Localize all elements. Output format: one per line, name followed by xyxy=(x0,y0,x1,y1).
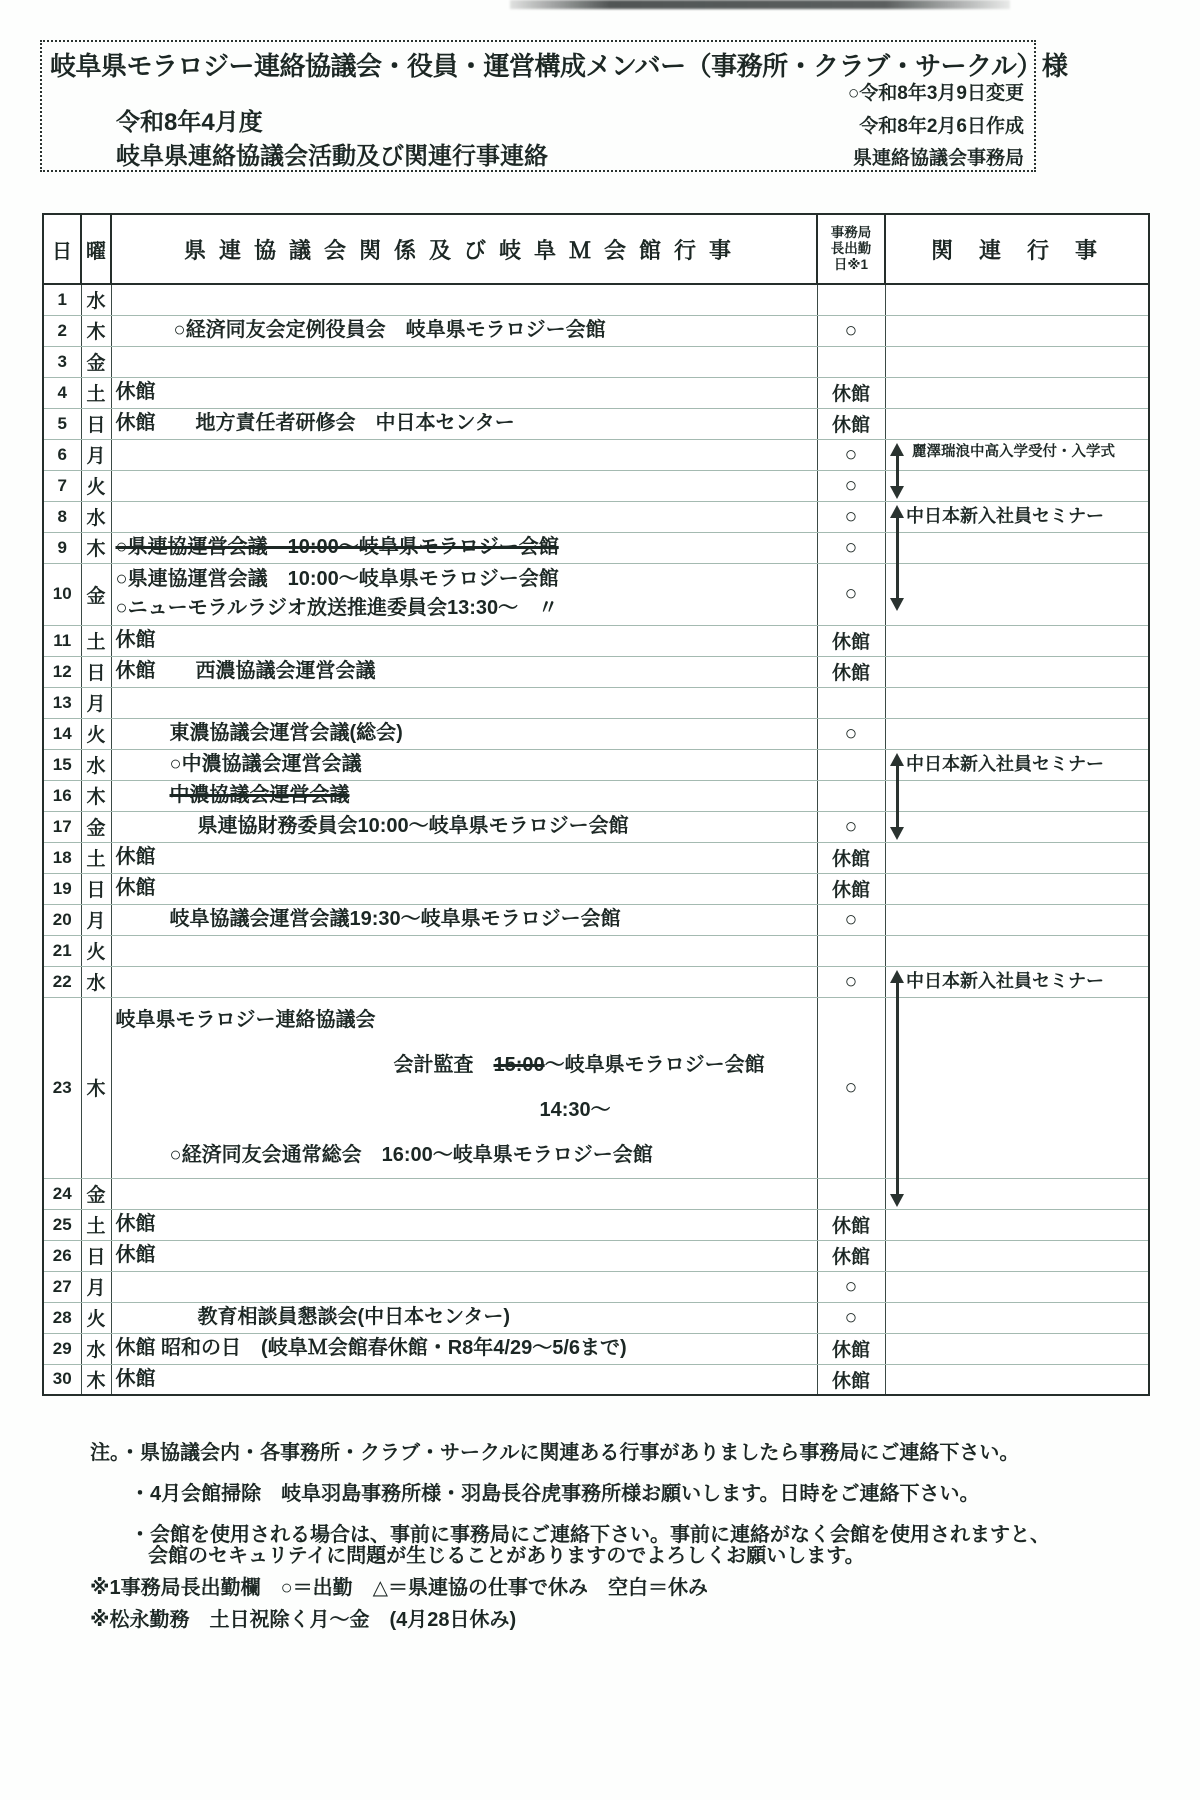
related-events-cell xyxy=(885,625,1149,656)
day-cell: 26 xyxy=(43,1240,81,1271)
weekday-cell: 水 xyxy=(81,284,111,315)
related-events-cell xyxy=(885,842,1149,873)
event-text: ○ニューモラルラジオ放送推進委員会13:30～ 〃 xyxy=(116,597,559,619)
related-events-cell xyxy=(885,1271,1149,1302)
events-cell xyxy=(111,501,817,532)
event-line: 会計監査 15:00～岐阜県モラロジー会館 xyxy=(112,1043,817,1088)
attendance-circle: ○ xyxy=(845,443,858,466)
col-header-attendance-line: 長出勤 xyxy=(818,241,884,257)
related-events-cell xyxy=(885,470,1149,501)
event-line: 教育相談員懇談会(中日本センター) xyxy=(112,1303,817,1332)
related-events-cell xyxy=(885,687,1149,718)
related-events-cell xyxy=(885,749,1149,780)
events-cell: 岐阜県モラロジー連絡協議会会計監査 15:00～岐阜県モラロジー会館14:30～… xyxy=(111,997,817,1178)
day-cell: 20 xyxy=(43,904,81,935)
day-cell: 28 xyxy=(43,1302,81,1333)
events-cell xyxy=(111,966,817,997)
day-cell: 29 xyxy=(43,1333,81,1364)
table-row: 2木○経済同友会定例役員会 岐阜県モラロジー会館○ xyxy=(43,315,1149,346)
day-cell: 17 xyxy=(43,811,81,842)
related-events-cell xyxy=(885,966,1149,997)
weekday-cell: 月 xyxy=(81,1271,111,1302)
events-cell xyxy=(111,346,817,377)
attendance-circle: ○ xyxy=(845,1076,858,1099)
table-row: 9木○県連協運営会議 10:00～岐阜県モラロジー会館○ xyxy=(43,532,1149,563)
event-text: ○県連協運営会議 10:00～岐阜県モラロジー会館 xyxy=(116,568,559,590)
attendance-cell: ○ xyxy=(817,532,885,563)
day-cell: 27 xyxy=(43,1271,81,1302)
table-row: 13月 xyxy=(43,687,1149,718)
related-events-cell xyxy=(885,656,1149,687)
attendance-circle: ○ xyxy=(845,319,858,342)
day-cell: 2 xyxy=(43,315,81,346)
attendance-circle: ○ xyxy=(845,505,858,528)
attendance-circle: ○ xyxy=(845,970,858,993)
day-cell: 24 xyxy=(43,1178,81,1209)
day-cell: 3 xyxy=(43,346,81,377)
day-cell: 19 xyxy=(43,873,81,904)
attendance-cell xyxy=(817,780,885,811)
col-header-day: 日 xyxy=(43,214,81,284)
attendance-cell xyxy=(817,687,885,718)
event-text: 14:30～ xyxy=(540,1099,611,1121)
attendance-cell: 休館 xyxy=(817,873,885,904)
table-row: 18土休館休館 xyxy=(43,842,1149,873)
attendance-cell: ○ xyxy=(817,1271,885,1302)
table-row: 26日休館休館 xyxy=(43,1240,1149,1271)
event-text: ○経済同友会通常総会 16:00～岐阜県モラロジー会館 xyxy=(170,1144,653,1166)
attendance-cell: 休館 xyxy=(817,1333,885,1364)
attendance-cell: ○ xyxy=(817,811,885,842)
events-cell: 県連協財務委員会10:00～岐阜県モラロジー会館 xyxy=(111,811,817,842)
issuer: 県連絡協議会事務局 xyxy=(853,143,1024,170)
events-cell xyxy=(111,935,817,966)
col-header-attendance-line: 日※1 xyxy=(818,257,884,273)
weekday-cell: 水 xyxy=(81,749,111,780)
attendance-circle: ○ xyxy=(845,582,858,605)
events-cell: 中濃協議会運営会議 xyxy=(111,780,817,811)
events-cell xyxy=(111,284,817,315)
day-cell: 6 xyxy=(43,439,81,470)
day-cell: 15 xyxy=(43,749,81,780)
event-line: ○ニューモラルラジオ放送推進委員会13:30～ 〃 xyxy=(112,594,817,623)
events-cell: 休館 xyxy=(111,625,817,656)
event-line: 休館 昭和の日 (岐阜Ｍ会館春休館・R8年4/29～5/6まで) xyxy=(112,1334,817,1363)
event-text: ○経済同友会定例役員会 岐阜県モラロジー会館 xyxy=(174,319,606,341)
table-row: 27月○ xyxy=(43,1271,1149,1302)
events-cell: 休館 西濃協議会運営会議 xyxy=(111,656,817,687)
col-header-attendance-line: 事務局 xyxy=(818,225,884,241)
event-text: 県連協財務委員会10:00～岐阜県モラロジー会館 xyxy=(198,815,629,837)
table-row: 7火○ xyxy=(43,470,1149,501)
day-cell: 14 xyxy=(43,718,81,749)
event-line: 休館 xyxy=(112,378,817,407)
col-header-events: 県連協議会関係及び岐阜Ｍ会館行事 xyxy=(111,214,817,284)
weekday-cell: 金 xyxy=(81,811,111,842)
attendance-cell: ○ xyxy=(817,966,885,997)
day-cell: 11 xyxy=(43,625,81,656)
events-cell: 岐阜協議会運営会議19:30～岐阜県モラロジー会館 xyxy=(111,904,817,935)
scanned-schedule-page: 岐阜県モラロジー連絡協議会・役員・運営構成メンバー（事務所・クラブ・サークル）様… xyxy=(0,0,1200,1800)
related-events-cell xyxy=(885,1364,1149,1395)
events-cell: 休館 昭和の日 (岐阜Ｍ会館春休館・R8年4/29～5/6まで) xyxy=(111,1333,817,1364)
related-events-cell xyxy=(885,501,1149,532)
table-row: 14火東濃協議会運営会議(総会)○ xyxy=(43,718,1149,749)
related-events-cell xyxy=(885,532,1149,563)
weekday-cell: 月 xyxy=(81,439,111,470)
related-events-cell xyxy=(885,1240,1149,1271)
day-cell: 18 xyxy=(43,842,81,873)
event-line: 岐阜県モラロジー連絡協議会 xyxy=(112,998,817,1043)
attendance-circle: ○ xyxy=(845,474,858,497)
event-text: 教育相談員懇談会(中日本センター) xyxy=(198,1306,511,1328)
table-row: 10金○県連協運営会議 10:00～岐阜県モラロジー会館○ニューモラルラジオ放送… xyxy=(43,563,1149,625)
day-cell: 21 xyxy=(43,935,81,966)
table-row: 21火 xyxy=(43,935,1149,966)
attendance-cell: 休館 xyxy=(817,1364,885,1395)
attendance-circle: ○ xyxy=(845,815,858,838)
weekday-cell: 日 xyxy=(81,1240,111,1271)
related-events-cell xyxy=(885,1333,1149,1364)
document-subtitle: 岐阜県連絡協議会活動及び関連行事連絡 xyxy=(116,136,548,171)
attendance-cell: ○ xyxy=(817,904,885,935)
event-text: 岐阜県モラロジー連絡協議会 xyxy=(116,1009,376,1031)
related-events-cell xyxy=(885,439,1149,470)
event-text: 休館 xyxy=(116,877,156,899)
table-row: 24金 xyxy=(43,1178,1149,1209)
table-row: 3金 xyxy=(43,346,1149,377)
day-cell: 7 xyxy=(43,470,81,501)
event-text: 休館 xyxy=(116,1213,156,1235)
attendance-circle: ○ xyxy=(845,908,858,931)
event-text: 休館 昭和の日 (岐阜Ｍ会館春休館・R8年4/29～5/6まで) xyxy=(116,1337,627,1359)
event-line: 中濃協議会運営会議 xyxy=(112,781,817,810)
weekday-cell: 金 xyxy=(81,1178,111,1209)
table-row: 30木休館休館 xyxy=(43,1364,1149,1395)
attendance-cell xyxy=(817,284,885,315)
event-line: 休館 地方責任者研修会 中日本センター xyxy=(112,409,817,438)
event-line: 東濃協議会運営会議(総会) xyxy=(112,719,817,748)
attendance-cell: 休館 xyxy=(817,377,885,408)
weekday-cell: 土 xyxy=(81,842,111,873)
events-cell xyxy=(111,470,817,501)
events-cell: 休館 地方責任者研修会 中日本センター xyxy=(111,408,817,439)
table-row: 5日休館 地方責任者研修会 中日本センター休館 xyxy=(43,408,1149,439)
event-text: 岐阜協議会運営会議19:30～岐阜県モラロジー会館 xyxy=(170,908,621,930)
day-cell: 1 xyxy=(43,284,81,315)
weekday-cell: 水 xyxy=(81,1333,111,1364)
event-line: 岐阜協議会運営会議19:30～岐阜県モラロジー会館 xyxy=(112,905,817,934)
events-cell: ○県連協運営会議 10:00～岐阜県モラロジー会館○ニューモラルラジオ放送推進委… xyxy=(111,563,817,625)
day-cell: 9 xyxy=(43,532,81,563)
event-line: 休館 xyxy=(112,1241,817,1270)
table-header-row: 日 曜 県連協議会関係及び岐阜Ｍ会館行事 事務局長出勤日※1 関連行事 xyxy=(43,214,1149,284)
events-cell: 教育相談員懇談会(中日本センター) xyxy=(111,1302,817,1333)
event-text: 東濃協議会運営会議(総会) xyxy=(170,722,403,744)
day-cell: 13 xyxy=(43,687,81,718)
related-events-cell xyxy=(885,904,1149,935)
weekday-cell: 水 xyxy=(81,501,111,532)
attendance-cell: ○ xyxy=(817,501,885,532)
events-cell: ○県連協運営会議 10:00～岐阜県モラロジー会館 xyxy=(111,532,817,563)
event-line: 県連協財務委員会10:00～岐阜県モラロジー会館 xyxy=(112,812,817,841)
attendance-cell: 休館 xyxy=(817,842,885,873)
table-row: 16木中濃協議会運営会議 xyxy=(43,780,1149,811)
event-text: 休館 xyxy=(116,846,156,868)
weekday-cell: 月 xyxy=(81,687,111,718)
related-events-cell xyxy=(885,873,1149,904)
table-row: 25土休館休館 xyxy=(43,1209,1149,1240)
events-cell: 休館 xyxy=(111,1364,817,1395)
event-line: ○経済同友会通常総会 16:00～岐阜県モラロジー会館 xyxy=(112,1133,817,1178)
event-line: 休館 xyxy=(112,1365,817,1394)
events-cell xyxy=(111,687,817,718)
event-text: 休館 xyxy=(116,1368,156,1390)
weekday-cell: 日 xyxy=(81,656,111,687)
day-cell: 5 xyxy=(43,408,81,439)
related-events-cell xyxy=(885,377,1149,408)
event-text: 休館 西濃協議会運営会議 xyxy=(116,660,376,682)
events-cell: 休館 xyxy=(111,1240,817,1271)
weekday-cell: 木 xyxy=(81,315,111,346)
attendance-cell: 休館 xyxy=(817,625,885,656)
related-events-cell xyxy=(885,780,1149,811)
event-text-struck: 中濃協議会運営会議 xyxy=(170,784,350,806)
related-events-cell xyxy=(885,935,1149,966)
attendance-cell: 休館 xyxy=(817,408,885,439)
events-cell: 休館 xyxy=(111,842,817,873)
related-events-cell xyxy=(885,284,1149,315)
weekday-cell: 水 xyxy=(81,966,111,997)
weekday-cell: 土 xyxy=(81,1209,111,1240)
day-cell: 30 xyxy=(43,1364,81,1395)
attendance-cell: 休館 xyxy=(817,1240,885,1271)
table-row: 19日休館休館 xyxy=(43,873,1149,904)
attendance-cell: ○ xyxy=(817,563,885,625)
related-events-cell xyxy=(885,408,1149,439)
event-text: 休館 xyxy=(116,629,156,651)
weekday-cell: 火 xyxy=(81,718,111,749)
header-box: 岐阜県モラロジー連絡協議会・役員・運営構成メンバー（事務所・クラブ・サークル）様… xyxy=(40,40,1036,172)
attendance-cell: ○ xyxy=(817,315,885,346)
note-line: ・4月会館掃除 岐阜羽島事務所様・羽島長谷虎事務所様お願いします。日時をご連絡下… xyxy=(44,1479,1164,1509)
event-text: 休館 地方責任者研修会 中日本センター xyxy=(116,412,515,434)
day-cell: 8 xyxy=(43,501,81,532)
table-row: 17金県連協財務委員会10:00～岐阜県モラロジー会館○ xyxy=(43,811,1149,842)
events-cell: 東濃協議会運営会議(総会) xyxy=(111,718,817,749)
note-line: ※松永勤務 土日祝除く月～金 (4月28日休み) xyxy=(44,1605,1164,1635)
event-line: 休館 西濃協議会運営会議 xyxy=(112,657,817,686)
weekday-cell: 土 xyxy=(81,377,111,408)
events-cell: ○経済同友会定例役員会 岐阜県モラロジー会館 xyxy=(111,315,817,346)
table-row: 1水 xyxy=(43,284,1149,315)
day-cell: 16 xyxy=(43,780,81,811)
weekday-cell: 月 xyxy=(81,904,111,935)
table-row: 8水○ xyxy=(43,501,1149,532)
related-events-cell xyxy=(885,718,1149,749)
weekday-cell: 日 xyxy=(81,873,111,904)
scan-artifact xyxy=(510,0,1010,9)
col-header-related: 関連行事 xyxy=(885,214,1149,284)
weekday-cell: 金 xyxy=(81,346,111,377)
event-line: ○県連協運営会議 10:00～岐阜県モラロジー会館 xyxy=(112,533,817,562)
event-text-struck: 15:00 xyxy=(494,1054,545,1076)
note-line: ※1事務局長出勤欄 ○＝出勤 △＝県連協の仕事で休み 空白＝休み xyxy=(44,1573,1164,1603)
table-row: 28火教育相談員懇談会(中日本センター)○ xyxy=(43,1302,1149,1333)
event-line: ○経済同友会定例役員会 岐阜県モラロジー会館 xyxy=(112,316,817,345)
weekday-cell: 火 xyxy=(81,470,111,501)
attendance-cell: ○ xyxy=(817,439,885,470)
weekday-cell: 木 xyxy=(81,997,111,1178)
day-cell: 12 xyxy=(43,656,81,687)
weekday-cell: 木 xyxy=(81,532,111,563)
attendance-circle: ○ xyxy=(845,1306,858,1329)
related-events-cell xyxy=(885,997,1149,1178)
attendance-cell: 休館 xyxy=(817,1209,885,1240)
related-events-cell xyxy=(885,315,1149,346)
event-line: 休館 xyxy=(112,874,817,903)
weekday-cell: 金 xyxy=(81,563,111,625)
day-cell: 22 xyxy=(43,966,81,997)
table-row: 22水○ xyxy=(43,966,1149,997)
attendance-cell: ○ xyxy=(817,470,885,501)
weekday-cell: 火 xyxy=(81,1302,111,1333)
event-line: ○県連協運営会議 10:00～岐阜県モラロジー会館 xyxy=(112,565,817,594)
weekday-cell: 日 xyxy=(81,408,111,439)
related-events-cell xyxy=(885,346,1149,377)
attendance-cell: ○ xyxy=(817,1302,885,1333)
event-line: 休館 xyxy=(112,626,817,655)
table-row: 4土休館休館 xyxy=(43,377,1149,408)
table-row: 15水○中濃協議会運営会議 xyxy=(43,749,1149,780)
table-row: 11土休館休館 xyxy=(43,625,1149,656)
note-line: 注。・県協議会内・各事務所・クラブ・サークルに関連ある行事がありましたら事務局に… xyxy=(44,1438,1164,1468)
col-header-attendance: 事務局長出勤日※1 xyxy=(817,214,885,284)
event-line: ○中濃協議会運営会議 xyxy=(112,750,817,779)
related-events-cell xyxy=(885,563,1149,625)
table-row: 29水休館 昭和の日 (岐阜Ｍ会館春休館・R8年4/29～5/6まで)休館 xyxy=(43,1333,1149,1364)
table-row: 6月○ xyxy=(43,439,1149,470)
events-cell: ○中濃協議会運営会議 xyxy=(111,749,817,780)
related-events-cell xyxy=(885,1209,1149,1240)
event-line: 休館 xyxy=(112,843,817,872)
attendance-cell: ○ xyxy=(817,718,885,749)
attendance-cell xyxy=(817,346,885,377)
day-cell: 25 xyxy=(43,1209,81,1240)
event-text: 休館 xyxy=(116,1244,156,1266)
weekday-cell: 木 xyxy=(81,780,111,811)
footer-notes: 注。・県協議会内・各事務所・クラブ・サークルに関連ある行事がありましたら事務局に… xyxy=(44,1438,1164,1637)
weekday-cell: 土 xyxy=(81,625,111,656)
attendance-cell xyxy=(817,1178,885,1209)
attendance-circle: ○ xyxy=(845,1275,858,1298)
attendance-cell: ○ xyxy=(817,997,885,1178)
weekday-cell: 火 xyxy=(81,935,111,966)
related-events-cell xyxy=(885,1302,1149,1333)
events-cell xyxy=(111,1178,817,1209)
table-row: 20月岐阜協議会運営会議19:30～岐阜県モラロジー会館○ xyxy=(43,904,1149,935)
revision-date: ○令和8年3月9日変更 xyxy=(848,78,1024,105)
attendance-circle: ○ xyxy=(845,536,858,559)
event-text: 休館 xyxy=(116,381,156,403)
related-events-cell xyxy=(885,1178,1149,1209)
events-cell: 休館 xyxy=(111,377,817,408)
related-events-cell xyxy=(885,811,1149,842)
attendance-cell xyxy=(817,749,885,780)
day-cell: 23 xyxy=(43,997,81,1178)
events-cell: 休館 xyxy=(111,873,817,904)
events-cell xyxy=(111,1271,817,1302)
table-row: 12日休館 西濃協議会運営会議休館 xyxy=(43,656,1149,687)
events-cell xyxy=(111,439,817,470)
day-cell: 4 xyxy=(43,377,81,408)
event-line: 14:30～ xyxy=(112,1088,817,1133)
schedule-table: 日 曜 県連協議会関係及び岐阜Ｍ会館行事 事務局長出勤日※1 関連行事 1水2木… xyxy=(42,213,1150,1396)
event-text-struck: ○県連協運営会議 10:00～岐阜県モラロジー会館 xyxy=(116,536,559,558)
col-header-weekday: 曜 xyxy=(81,214,111,284)
schedule-table-wrap: 日 曜 県連協議会関係及び岐阜Ｍ会館行事 事務局長出勤日※1 関連行事 1水2木… xyxy=(42,213,1150,1396)
attendance-cell xyxy=(817,935,885,966)
event-text: ～岐阜県モラロジー会館 xyxy=(545,1054,765,1076)
day-cell: 10 xyxy=(43,563,81,625)
period-label: 令和8年4月度 xyxy=(116,102,263,137)
creation-date: 令和8年2月6日作成 xyxy=(859,111,1024,138)
event-line: 休館 xyxy=(112,1210,817,1239)
attendance-circle: ○ xyxy=(845,722,858,745)
events-cell: 休館 xyxy=(111,1209,817,1240)
weekday-cell: 木 xyxy=(81,1364,111,1395)
attendance-cell: 休館 xyxy=(817,656,885,687)
table-row: 23木岐阜県モラロジー連絡協議会会計監査 15:00～岐阜県モラロジー会館14:… xyxy=(43,997,1149,1178)
event-text: 会計監査 xyxy=(394,1054,494,1076)
event-text: ○中濃協議会運営会議 xyxy=(170,753,362,775)
